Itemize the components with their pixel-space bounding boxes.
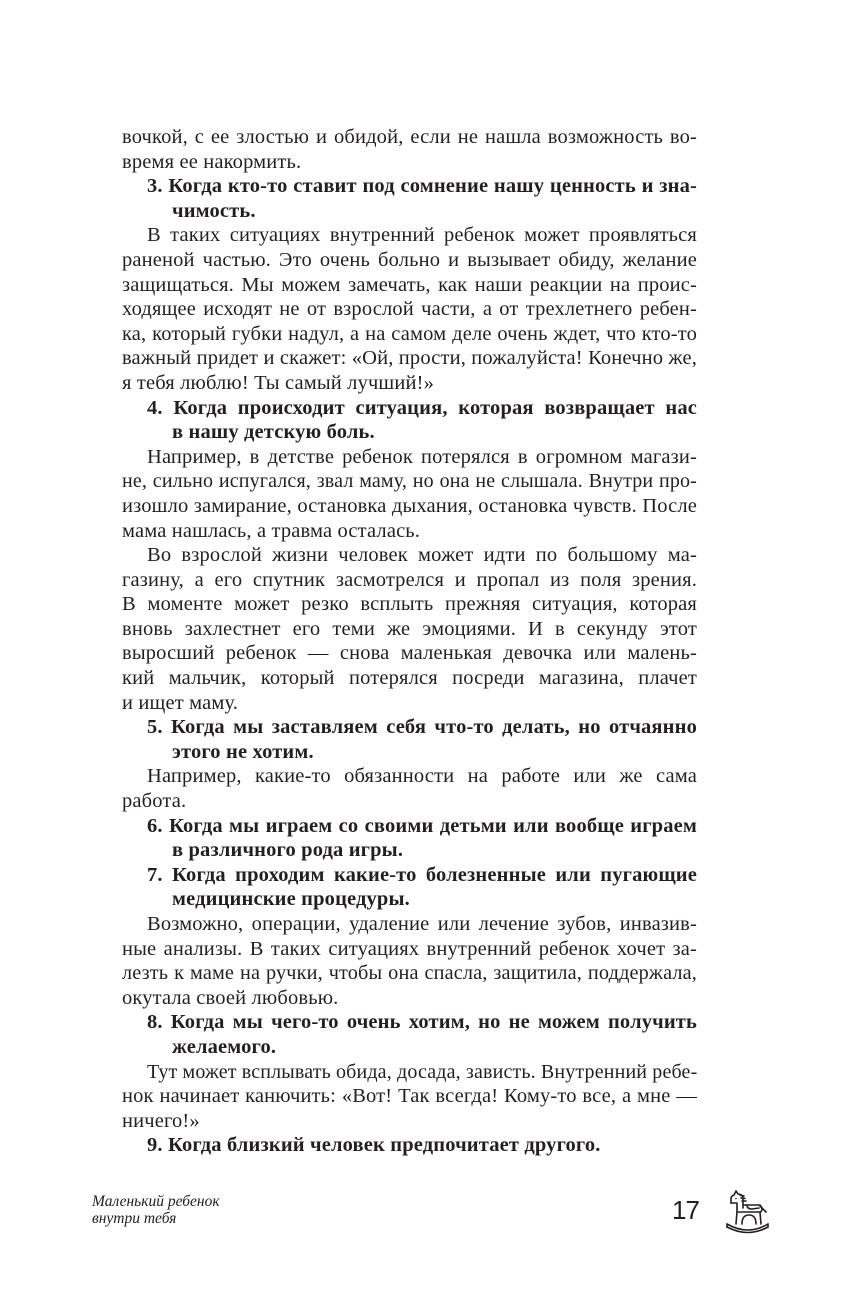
body-line: ходящее исходят не от взрослой части, а …	[122, 297, 697, 322]
body-line: важный придет и скажет: «Ой, прости, пож…	[122, 346, 697, 371]
body-line: и ищет маму.	[122, 691, 697, 716]
body-line: не, сильно испугался, звал маму, но она …	[122, 469, 697, 494]
body-text: вочкой, с ее злостью и обидой, если не н…	[122, 125, 697, 1158]
body-line: кий мальчик, который потерялся посреди м…	[122, 666, 697, 691]
rocking-horse-icon	[722, 1186, 770, 1236]
body-line: вочкой, с ее злостью и обидой, если не н…	[122, 125, 697, 150]
numbered-heading-continuation: медицинские процедуры.	[122, 887, 697, 912]
numbered-heading-continuation: в нашу детскую боль.	[122, 420, 697, 445]
numbered-heading-line: 8. Когда мы чего-то очень хотим, но не м…	[122, 1010, 697, 1035]
numbered-heading-continuation: желаемого.	[122, 1035, 697, 1060]
numbered-heading-line: 4. Когда происходит ситуация, которая во…	[122, 396, 697, 421]
book-title-line-2: внутри тебя	[92, 1210, 220, 1227]
numbered-heading-continuation: чимость.	[122, 199, 697, 224]
body-line: время ее накормить.	[122, 150, 697, 175]
numbered-heading-line: 3. Когда кто-то ставит под сомнение нашу…	[122, 174, 697, 199]
running-footer-book-title: Маленький ребенок внутри тебя	[92, 1193, 220, 1227]
paragraph-first-line: Например, какие-то обязанности на работе…	[122, 764, 697, 789]
numbered-heading-line: 9. Когда близкий человек предпочитает др…	[122, 1133, 697, 1158]
book-page: вочкой, с ее злостью и обидой, если не н…	[0, 0, 844, 1311]
paragraph-first-line: Тут может всплывать обида, досада, завис…	[122, 1060, 697, 1085]
body-line: я тебя люблю! Ты самый лучший!»	[122, 371, 697, 396]
page-number: 17	[672, 1195, 699, 1225]
body-line: ные анализы. В таких ситуациях внутренни…	[122, 937, 697, 962]
numbered-heading-line: 7. Когда проходим какие-то болезненные и…	[122, 863, 697, 888]
numbered-heading-continuation: этого не хотим.	[122, 740, 697, 765]
body-line: изошло замирание, остановка дыхания, ост…	[122, 494, 697, 519]
body-line: окутала своей любовью.	[122, 986, 697, 1011]
body-line: работа.	[122, 789, 697, 814]
body-line: мама нашлась, а травма осталась.	[122, 519, 697, 544]
body-line: выросший ребенок — снова маленькая девоч…	[122, 641, 697, 666]
paragraph-first-line: Возможно, операции, удаление или лечение…	[122, 912, 697, 937]
numbered-heading-line: 6. Когда мы играем со своими детьми или …	[122, 814, 697, 839]
paragraph-first-line: В таких ситуациях внутренний ребенок мож…	[122, 223, 697, 248]
body-line: нок начинает канючить: «Вот! Так всегда!…	[122, 1084, 697, 1109]
body-line: В моменте может резко всплыть прежняя си…	[122, 592, 697, 617]
body-line: защищаться. Мы можем замечать, как наши …	[122, 273, 697, 298]
body-line: газину, а его спутник засмотрелся и проп…	[122, 568, 697, 593]
body-line: вновь захлестнет его теми же эмоциями. И…	[122, 617, 697, 642]
book-title-line-1: Маленький ребенок	[92, 1193, 220, 1210]
body-line: ка, который губки надул, а на самом деле…	[122, 322, 697, 347]
paragraph-first-line: Например, в детстве ребенок потерялся в …	[122, 445, 697, 470]
body-line: ничего!»	[122, 1109, 697, 1134]
numbered-heading-continuation: в различного рода игры.	[122, 838, 697, 863]
body-line: раненой частью. Это очень больно и вызыв…	[122, 248, 697, 273]
body-line: лезть к маме на ручки, чтобы она спасла,…	[122, 961, 697, 986]
paragraph-first-line: Во взрослой жизни человек может идти по …	[122, 543, 697, 568]
numbered-heading-line: 5. Когда мы заставляем себя что-то делат…	[122, 715, 697, 740]
